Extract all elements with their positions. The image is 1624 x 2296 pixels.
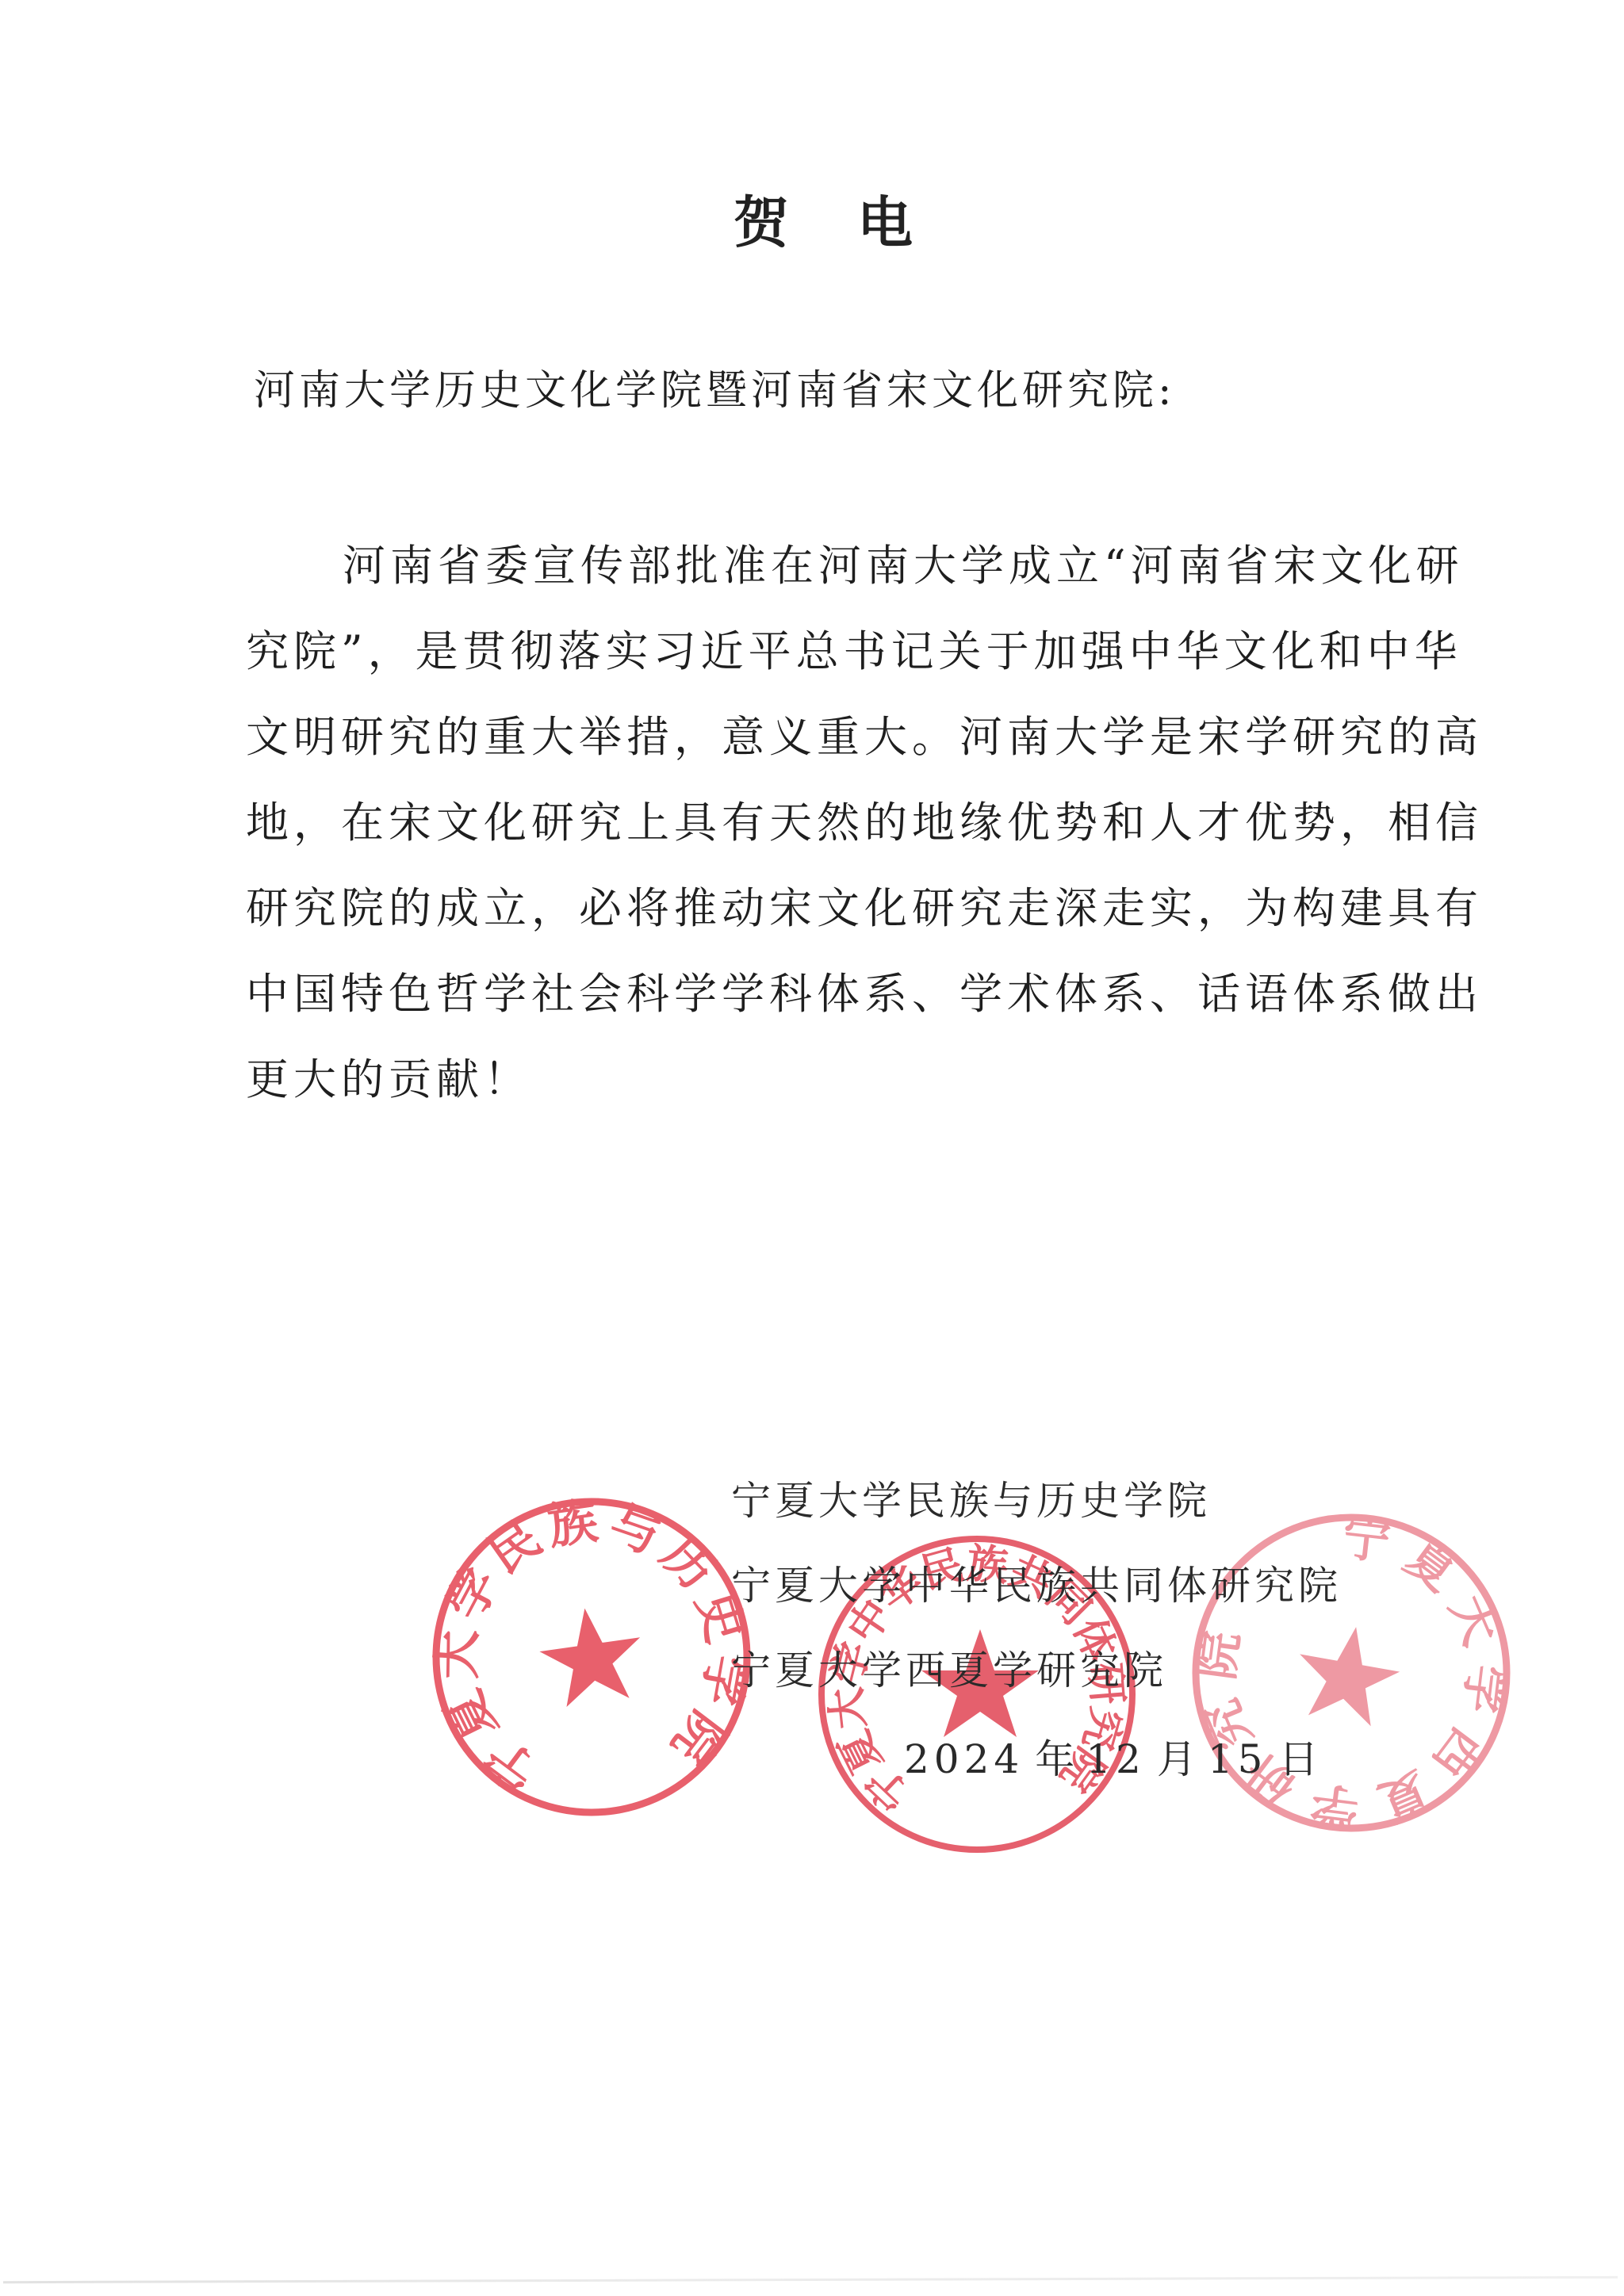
- body-line-3: 文明研究的重大举措，意义重大。河南大学是宋学研究的高: [246, 707, 1404, 793]
- date-month-unit: 月: [1157, 1736, 1197, 1782]
- seal-graphic: 宁夏大学民族与历史学院: [425, 1490, 758, 1823]
- body-line-1: 河南省委宣传部批准在河南大学成立“河南省宋文化研: [246, 536, 1404, 622]
- body-line-6: 中国特色哲学社会科学学科体系、学术体系、话语体系做出: [246, 964, 1404, 1050]
- star-icon: [534, 1601, 648, 1710]
- title-char-1: 贺: [733, 190, 857, 255]
- body-line-7: 更大的贡献！: [246, 1050, 1404, 1135]
- date-year: 2024: [904, 1736, 1024, 1782]
- title-char-2: 电: [857, 190, 913, 255]
- date-day-unit: 日: [1279, 1736, 1319, 1782]
- letter-date: 2024年12月15日: [904, 1732, 1330, 1787]
- body-line-2: 究院”，是贯彻落实习近平总书记关于加强中华文化和中华: [246, 622, 1404, 707]
- salutation: 河南大学历史文化学院暨河南省宋文化研究院:: [254, 363, 1176, 419]
- document-title: 贺电: [0, 187, 1624, 258]
- letter-body: 河南省委宣传部批准在河南大学成立“河南省宋文化研 究院”，是贯彻落实习近平总书记…: [246, 536, 1404, 1135]
- signatory-1: 宁夏大学民族与历史学院: [731, 1473, 1342, 1558]
- scan-edge-line: [3, 2276, 1618, 2283]
- body-line-4: 地，在宋文化研究上具有天然的地缘优势和人才优势，相信: [246, 793, 1404, 878]
- official-seal-ethnology-history: 宁夏大学民族与历史学院: [425, 1490, 758, 1823]
- signatory-3: 宁夏大学西夏学研究院: [731, 1643, 1342, 1728]
- letter-page: 贺电 河南大学历史文化学院暨河南省宋文化研究院: 河南省委宣传部批准在河南大学成…: [0, 0, 1624, 2296]
- date-month: 12: [1086, 1736, 1146, 1782]
- body-line-5: 研究院的成立，必将推动宋文化研究走深走实，为构建具有: [246, 878, 1404, 964]
- signatory-2: 宁夏大学中华民族共同体研究院: [731, 1558, 1342, 1643]
- signature-block: 宁夏大学民族与历史学院 宁夏大学中华民族共同体研究院 宁夏大学西夏学研究院: [731, 1473, 1342, 1728]
- date-year-unit: 年: [1035, 1736, 1074, 1782]
- date-day: 15: [1208, 1736, 1268, 1782]
